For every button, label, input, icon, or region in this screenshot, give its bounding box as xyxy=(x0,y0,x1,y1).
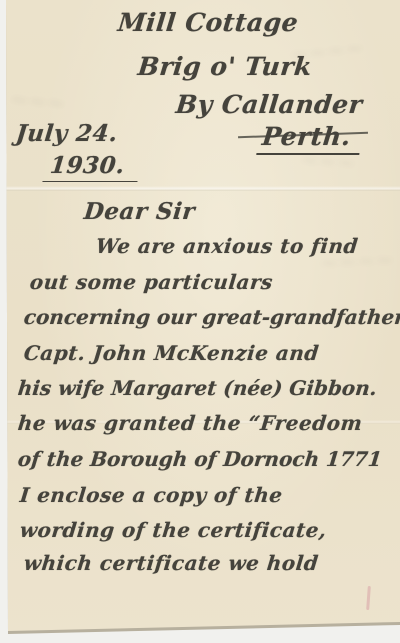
letter-scan: ~~~~ ~~~ ~~~~ ~~~ Mill Cottage Brig o' T… xyxy=(0,0,400,643)
letter-date-day: July 24. xyxy=(15,120,120,147)
letter-heading-county: Perth. xyxy=(256,122,362,155)
letter-salutation: Dear Sir xyxy=(83,198,197,225)
ink-bleedthrough-smudge: ~~~ xyxy=(9,88,66,118)
letter-body-line: of the Borough of Dornoch 1771 xyxy=(17,447,383,471)
pink-scratch-mark xyxy=(366,586,371,610)
letter-body-line: Capt. John McKenzie and xyxy=(23,341,321,365)
letter-body-line: his wife Margaret (née) Gibbon. xyxy=(17,376,378,400)
letter-heading-cottage: Mill Cottage xyxy=(116,8,299,37)
letter-date-year: 1930. xyxy=(42,152,140,182)
letter-body-line: which certificate we hold xyxy=(23,551,320,575)
letter-body-line: I enclose a copy of the xyxy=(19,483,284,507)
letter-heading-town: By Callander xyxy=(174,90,363,119)
letter-body-line: concerning our great-grandfather xyxy=(23,305,400,329)
letter-heading-village: Brig o' Turk xyxy=(136,52,313,81)
letter-paper: ~~~~ ~~~ ~~~~ ~~~ Mill Cottage Brig o' T… xyxy=(0,0,400,643)
letter-body-line: out some particulars xyxy=(29,270,274,294)
letter-body-line: We are anxious to find xyxy=(95,234,360,258)
paper-fold-crease xyxy=(0,186,400,191)
letter-body-line: he was granted the “Freedom xyxy=(17,411,364,435)
letter-body-line: wording of the certificate, xyxy=(19,518,328,542)
